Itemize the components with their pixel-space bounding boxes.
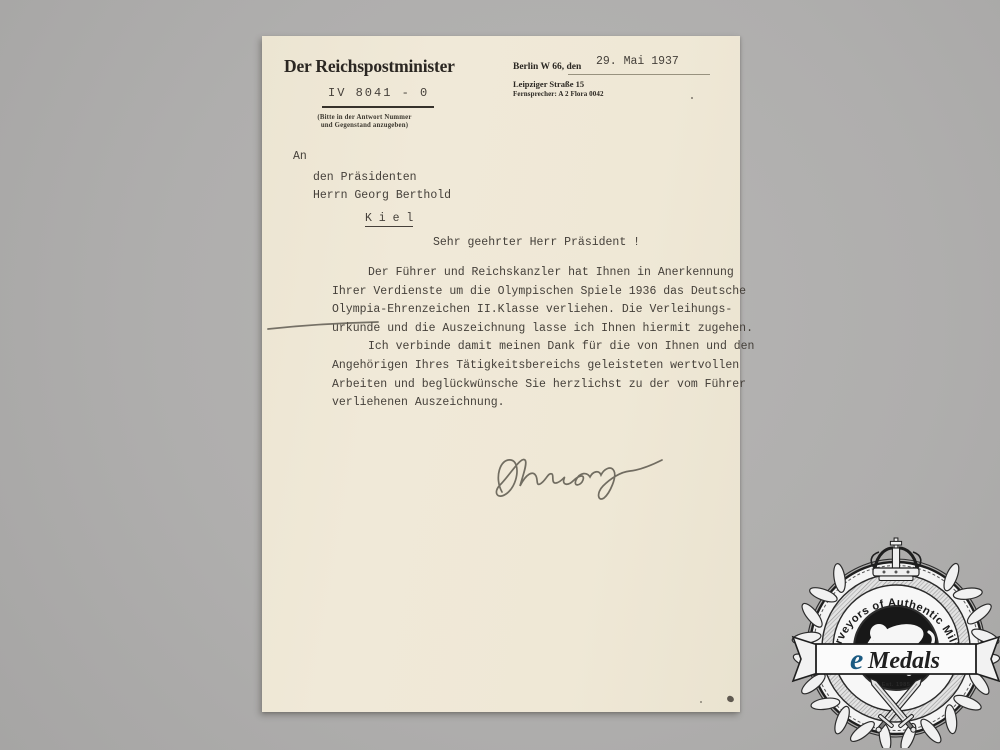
date-rule — [568, 74, 710, 75]
street-line: Leipziger Straße 15 — [513, 79, 584, 89]
emedals-watermark-logo: Purveyors of Authentic Militaria — [790, 536, 1000, 748]
photo-background: Der Reichspostminister IV 8041 - 0 (Bitt… — [0, 0, 1000, 750]
brand-e: e — [850, 643, 863, 676]
body-line: Olympia-Ehrenzeichen II.Klasse verliehen… — [332, 301, 744, 320]
ribbon-banner: e Medals — [793, 637, 999, 681]
est-text: Est. 1985 — [882, 682, 911, 688]
typed-date: 29. Mai 1937 — [596, 55, 679, 68]
body-line: Arbeiten und beglückwünsche Sie herzlich… — [332, 376, 744, 395]
file-note-line2: und Gegenstand anzugeben) — [321, 122, 408, 129]
salutation: Sehr geehrter Herr Präsident ! — [433, 236, 640, 249]
recipient-line1: den Präsidenten — [313, 171, 417, 184]
body-line: urkunde und die Auszeichnung lasse ich I… — [332, 320, 744, 339]
recipient-line2: Herrn Georg Berthold — [313, 189, 451, 202]
body-line: Ihrer Verdienste um die Olympischen Spie… — [332, 283, 744, 302]
brand-medals: Medals — [867, 648, 940, 674]
signature-ohnesorge — [480, 444, 670, 519]
paper-speck — [700, 701, 702, 703]
file-number-rule — [322, 106, 434, 108]
file-note-line1: (Bitte in der Antwort Nummer — [317, 114, 411, 121]
sender-title: Der Reichspostminister — [284, 56, 455, 77]
city-date-label: Berlin W 66, den — [513, 62, 581, 72]
body-line: Der Führer und Reichskanzler hat Ihnen i… — [332, 264, 744, 283]
letter-document: Der Reichspostminister IV 8041 - 0 (Bitt… — [262, 36, 740, 712]
file-number: IV 8041 - 0 — [328, 86, 429, 100]
body-line: Angehörigen Ihres Tätigkeitsbereichs gel… — [332, 357, 744, 376]
corner-stain — [726, 695, 735, 703]
pencil-margin-mark — [266, 320, 382, 332]
letter-body: Der Führer und Reichskanzler hat Ihnen i… — [332, 264, 744, 413]
recipient-city: K i e l — [365, 212, 413, 227]
file-note: (Bitte in der Antwort Nummer und Gegenst… — [272, 114, 457, 130]
phone-line: Fernsprecher: A 2 Flora 0042 — [513, 90, 604, 98]
paper-speck — [691, 97, 693, 99]
body-line: verliehenen Auszeichnung. — [332, 394, 744, 413]
recipient-intro: An — [293, 150, 307, 163]
body-line: Ich verbinde damit meinen Dank für die v… — [332, 338, 744, 357]
crown-icon — [871, 538, 921, 581]
